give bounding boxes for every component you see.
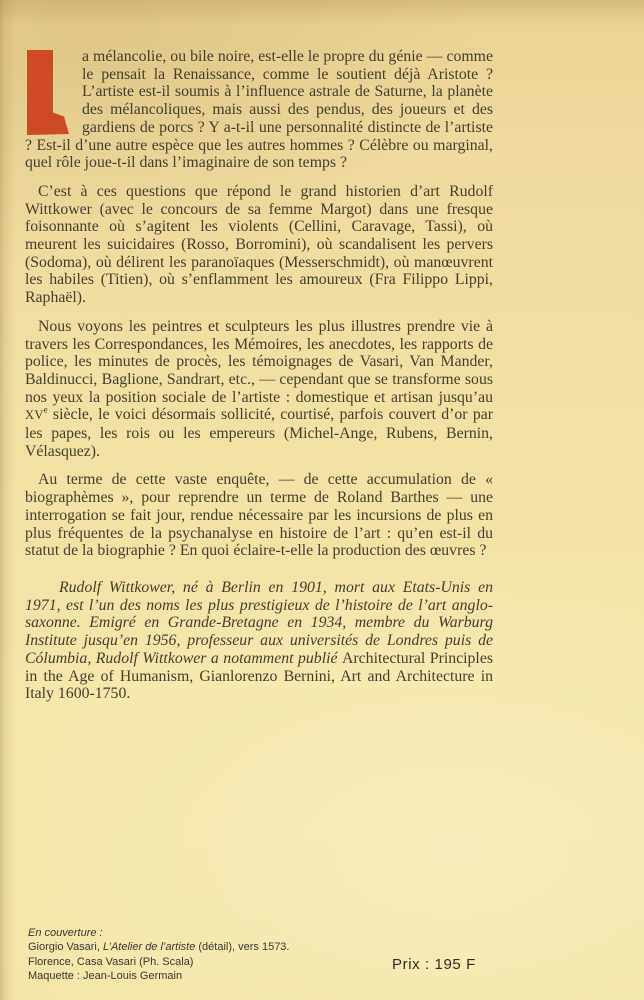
credits-designer: Maquette : Jean-Louis Germain — [28, 969, 388, 983]
credits-artwork-line: Giorgio Vasari, L’Atelier de l’artiste (… — [28, 940, 388, 954]
paragraph-sources-text-after: siècle, le voici désormais sollicité, co… — [25, 406, 493, 459]
main-text-column: La mélancolie, ou bile noire, est-elle l… — [25, 48, 493, 714]
cover-credits: En couverture : Giorgio Vasari, L’Atelie… — [28, 926, 388, 983]
paragraph-sources-text-before: Nous voyons les peintres et sculpteurs l… — [25, 318, 493, 406]
paragraph-author-bio: Rudolf Wittkower, né à Berlin en 1901, m… — [25, 579, 493, 703]
paragraph-conclusion-text: Au terme de cette vaste enquête, — de ce… — [25, 471, 493, 559]
credits-heading: En couverture : — [28, 926, 388, 940]
paragraph-intro-text: a mélancolie, ou bile noire, est-elle le… — [25, 48, 493, 171]
price-label: Prix : 195 F — [392, 956, 476, 973]
credits-artwork-detail: (détail), vers 1573. — [195, 941, 289, 953]
paragraph-sources: Nous voyons les peintres et sculpteurs l… — [25, 318, 493, 461]
paragraph-intro: La mélancolie, ou bile noire, est-elle l… — [25, 48, 493, 172]
dropcap-letter-l — [27, 50, 73, 136]
credits-location: Florence, Casa Vasari (Ph. Scala) — [28, 955, 388, 969]
book-back-cover: La mélancolie, ou bile noire, est-elle l… — [0, 0, 644, 1000]
paragraph-conclusion: Au terme de cette vaste enquête, — de ce… — [25, 471, 493, 560]
credits-artist: Giorgio Vasari, — [28, 941, 103, 953]
paragraph-questions: C’est à ces questions que répond le gran… — [25, 183, 493, 307]
paragraph-questions-text: C’est à ces questions que répond le gran… — [25, 183, 493, 306]
century-small-caps: XV — [25, 408, 44, 422]
credits-artwork-title: L’Atelier de l’artiste — [103, 941, 195, 953]
